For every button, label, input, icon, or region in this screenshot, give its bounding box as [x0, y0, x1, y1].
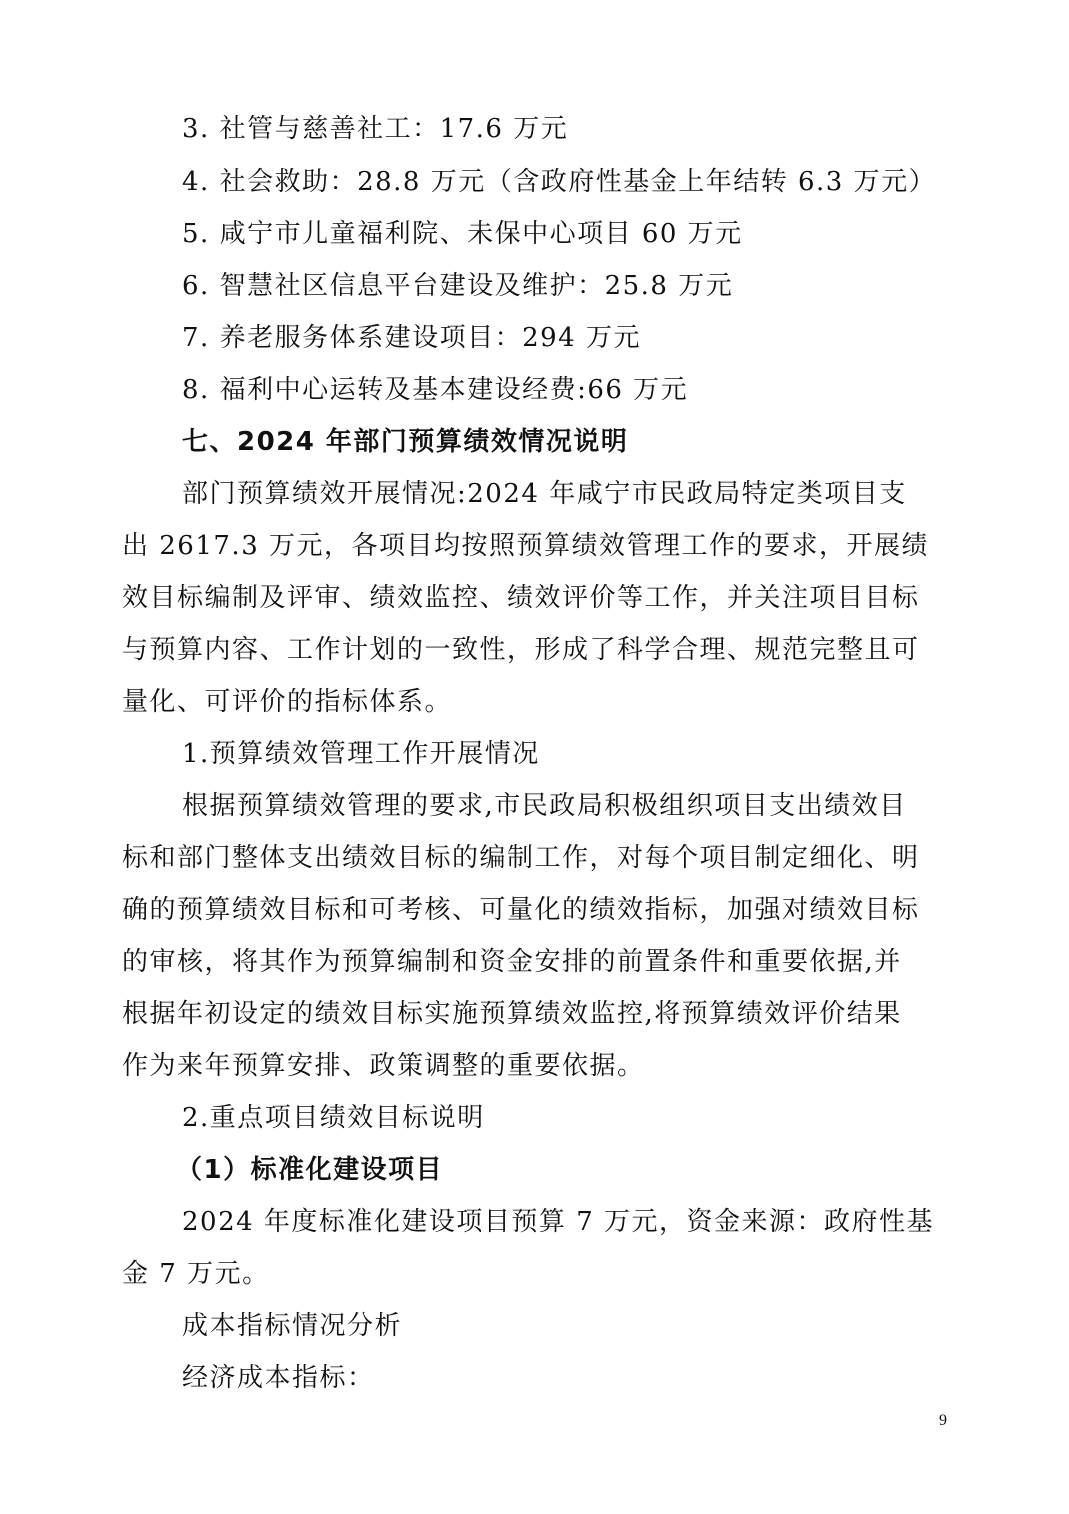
budget-item-6: 6. 智慧社区信息平台建设及维护：25.8 万元 — [182, 271, 733, 301]
paragraph-1-line: 确的预算绩效目标和可考核、可量化的绩效指标，加强对绩效目标 — [122, 895, 920, 925]
budget-item-5: 5. 咸宁市儿童福利院、未保中心项目 60 万元 — [182, 219, 743, 249]
page-number: 9 — [939, 1412, 947, 1430]
intro-paragraph-line: 出 2617.3 万元，各项目均按照预算绩效管理工作的要求，开展绩 — [122, 531, 929, 561]
paragraph-1-line: 根据预算绩效管理的要求,市民政局积极组织项目支出绩效目 — [182, 791, 907, 821]
subheading-1: 1.预算绩效管理工作开展情况 — [182, 739, 540, 769]
intro-paragraph-line: 量化、可评价的指标体系。 — [122, 687, 452, 717]
paragraph-1-line: 作为来年预算安排、政策调整的重要依据。 — [122, 1051, 645, 1081]
project-heading: （1）标准化建设项目 — [176, 1155, 443, 1185]
cost-analysis-label: 成本指标情况分析 — [182, 1311, 402, 1341]
budget-item-4: 4. 社会救助：28.8 万元（含政府性基金上年结转 6.3 万元） — [182, 167, 936, 197]
subheading-2: 2.重点项目绩效目标说明 — [182, 1103, 485, 1133]
section-heading: 七、2024 年部门预算绩效情况说明 — [182, 427, 628, 457]
budget-item-7: 7. 养老服务体系建设项目：294 万元 — [182, 323, 641, 353]
document-page: 3. 社管与慈善社工：17.6 万元 4. 社会救助：28.8 万元（含政府性基… — [0, 0, 1069, 1514]
project-paragraph-line: 2024 年度标准化建设项目预算 7 万元，资金来源：政府性基 — [182, 1207, 934, 1237]
paragraph-1-line: 标和部门整体支出绩效目标的编制工作，对每个项目制定细化、明 — [122, 843, 920, 873]
paragraph-1-line: 根据年初设定的绩效目标实施预算绩效监控,将预算绩效评价结果 — [122, 999, 902, 1029]
intro-paragraph-line: 与预算内容、工作计划的一致性，形成了科学合理、规范完整且可 — [122, 635, 920, 665]
intro-paragraph-line: 效目标编制及评审、绩效监控、绩效评价等工作，并关注项目目标 — [122, 583, 920, 613]
budget-item-3: 3. 社管与慈善社工：17.6 万元 — [182, 114, 568, 144]
paragraph-1-line: 的审核，将其作为预算编制和资金安排的前置条件和重要依据,并 — [122, 947, 902, 977]
intro-paragraph-line: 部门预算绩效开展情况:2024 年咸宁市民政局特定类项目支 — [182, 479, 907, 509]
budget-item-8: 8. 福利中心运转及基本建设经费:66 万元 — [182, 375, 688, 405]
project-paragraph-line: 金 7 万元。 — [122, 1259, 270, 1289]
economic-cost-label: 经济成本指标： — [182, 1363, 375, 1393]
